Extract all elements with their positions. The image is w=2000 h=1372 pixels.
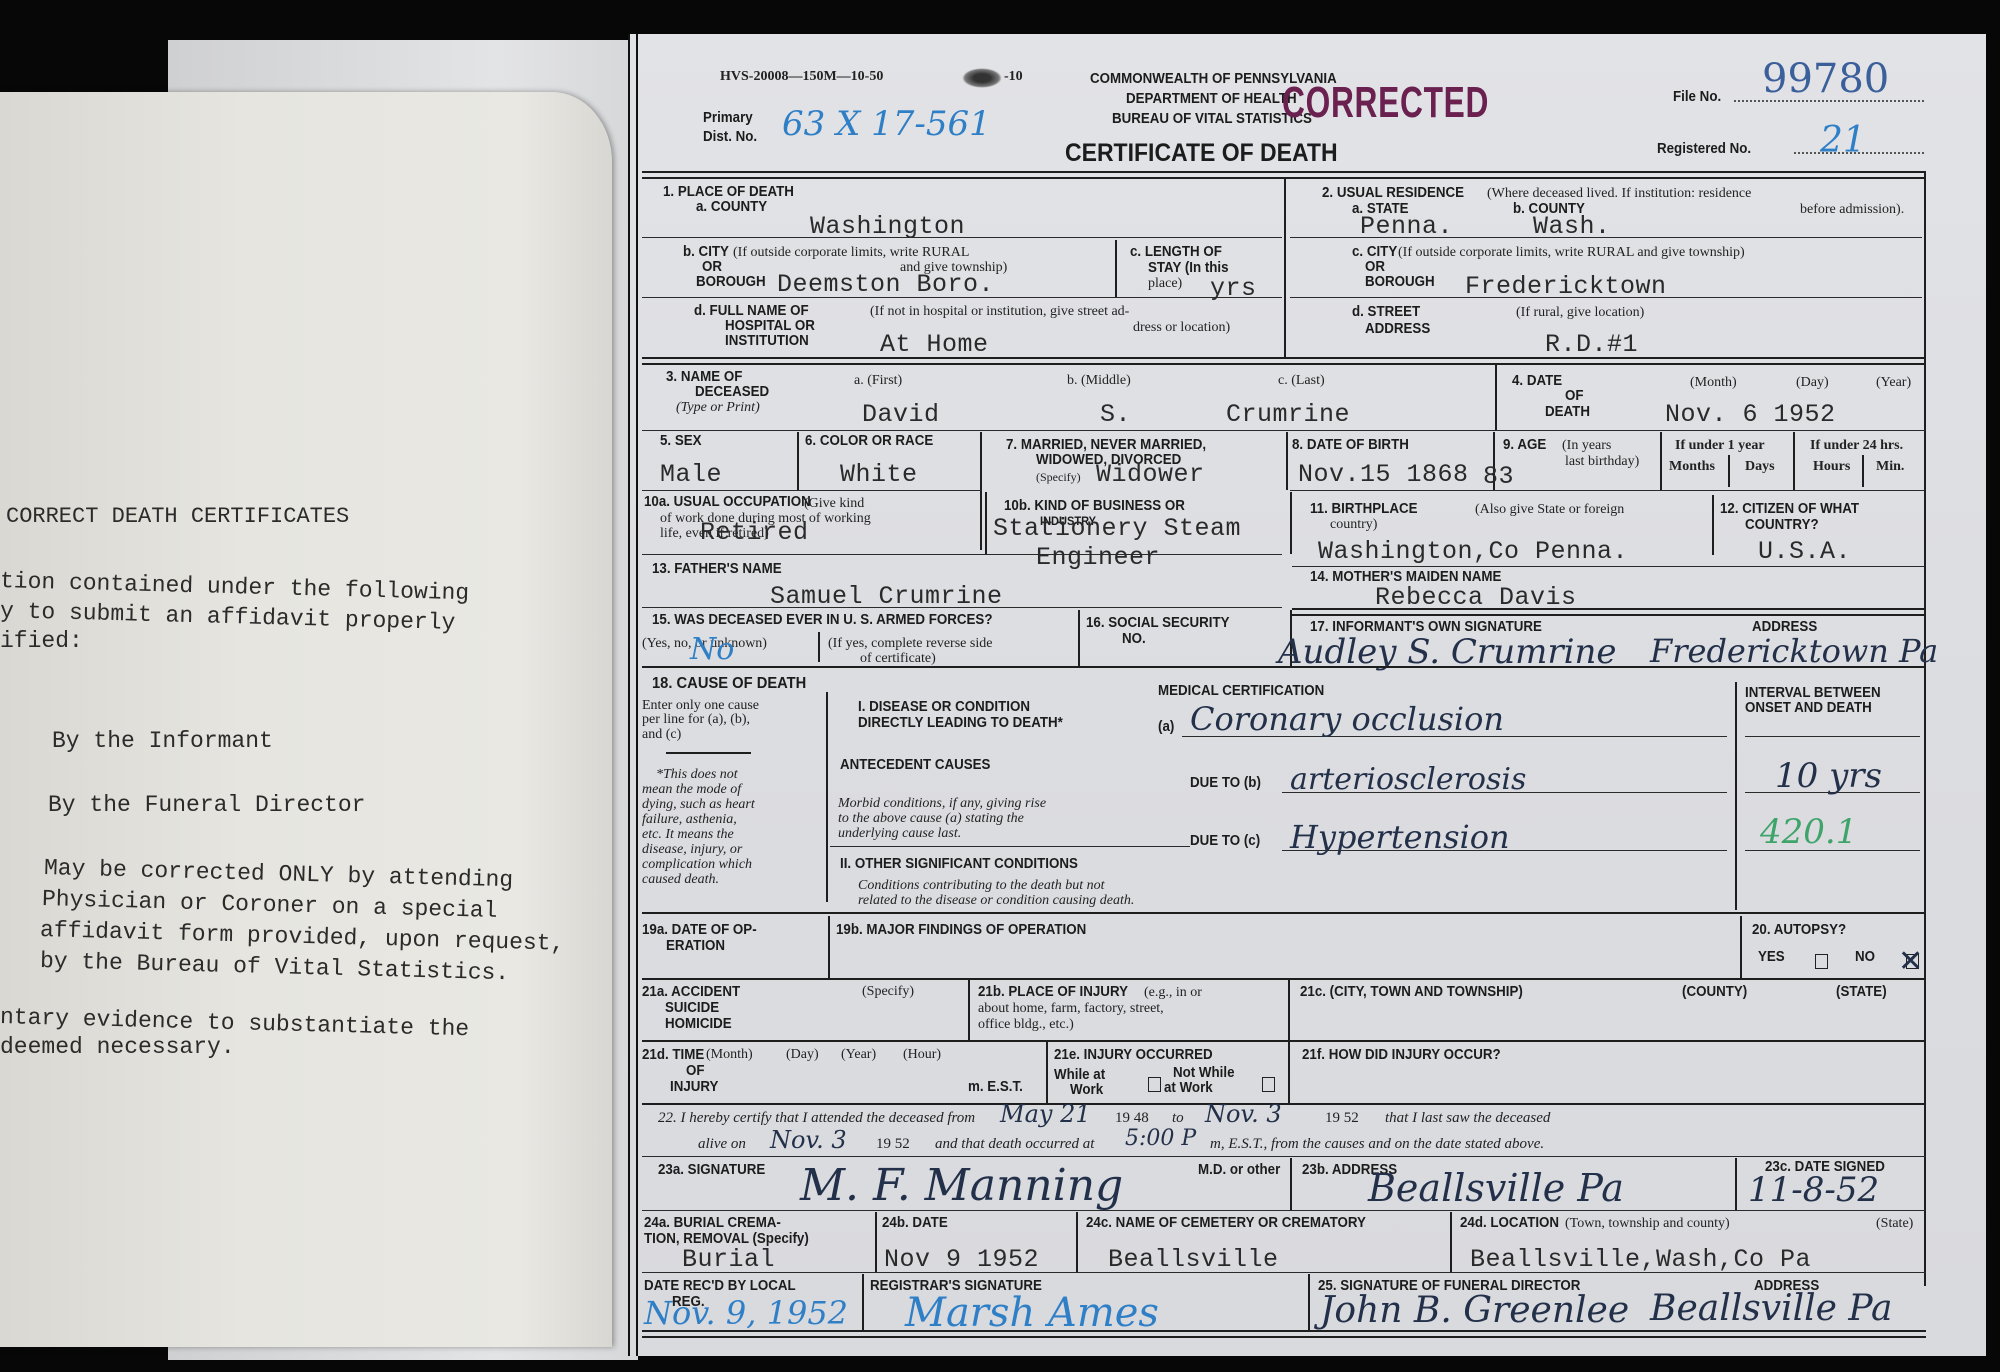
rule xyxy=(818,632,820,662)
s21d-hour: (Hour) xyxy=(903,1048,941,1062)
rule xyxy=(642,1272,1926,1273)
left-intro-line-3: ified: xyxy=(0,628,83,654)
primary-dist-value: 63 X 17-561 xyxy=(782,104,991,144)
s3-first-label: a. (First) xyxy=(854,374,902,388)
s25-fd-value: John B. Greenlee xyxy=(1320,1290,1629,1331)
s18-b-interval: 10 yrs xyxy=(1775,756,1882,796)
s21f-label: 21f. HOW DID INJURY OCCUR? xyxy=(1302,1048,1501,1063)
rule xyxy=(642,978,1926,980)
s18-a-value: Coronary occlusion xyxy=(1190,700,1504,738)
s11-value: Washington,Co Penna. xyxy=(1318,537,1628,566)
s22-to: to xyxy=(1172,1111,1184,1125)
rule xyxy=(1740,916,1742,978)
s9-min: Min. xyxy=(1876,460,1904,474)
union-label-icon xyxy=(962,68,1002,88)
left-item-informant: By the Informant xyxy=(52,728,273,754)
rule xyxy=(1288,1042,1290,1104)
s18-note-2-line-2: mean the mode of xyxy=(642,783,741,797)
s15-note-3: of certificate) xyxy=(860,652,936,666)
s2-street-label-1: d. STREET xyxy=(1352,305,1420,320)
s1-stay-label-1: c. LENGTH OF xyxy=(1130,245,1222,260)
s8-label: 8. DATE OF BIRTH xyxy=(1292,438,1409,453)
s2-city-note: (If outside corporate limits, write RURA… xyxy=(1398,246,1745,260)
file-no-label: File No. xyxy=(1673,90,1721,105)
s21c-label: 21c. (CITY, TOWN AND TOWNSHIP) xyxy=(1300,985,1523,1000)
s18-medical-cert: MEDICAL CERTIFICATION xyxy=(1158,684,1324,699)
s23a-signature: M. F. Manning xyxy=(800,1160,1123,1211)
s18-note-2-line-7: complication which xyxy=(642,858,752,872)
s13-label: 13. FATHER'S NAME xyxy=(652,562,782,577)
s5-value: Male xyxy=(660,460,722,489)
s18-note-1-line-3: and (c) xyxy=(642,728,681,742)
s24a-value: Burial xyxy=(682,1245,775,1274)
s3-label-1: 3. NAME OF xyxy=(666,370,742,385)
s3-last-label: c. (Last) xyxy=(1278,374,1325,388)
s22-alive-date: Nov. 3 xyxy=(770,1126,847,1154)
s23c-date: 11-8-52 xyxy=(1748,1170,1879,1210)
rule xyxy=(862,1274,864,1330)
s2-label: 2. USUAL RESIDENCE xyxy=(1322,186,1464,201)
s1-hosp-note-2: dress or location) xyxy=(1133,321,1230,335)
s18-note-2-line-8: caused death. xyxy=(642,873,719,887)
s18-part2-note-1: Conditions contributing to the death but… xyxy=(858,879,1105,893)
s18-note-2-line-1: *This does not xyxy=(656,768,738,782)
s18-due-c: DUE TO (c) xyxy=(1190,834,1260,849)
rule xyxy=(1284,179,1286,357)
rule xyxy=(830,846,1190,847)
s16-label-1: 16. SOCIAL SECURITY xyxy=(1086,616,1230,631)
s4-value: Nov. 6 1952 xyxy=(1665,400,1836,429)
s1-stay-label-3: place) xyxy=(1148,277,1182,291)
s18-note-2-line-3: dying, such as heart xyxy=(642,798,755,812)
s19a-label-2: ERATION xyxy=(666,939,725,954)
s11-note-2: country) xyxy=(1330,518,1377,532)
s25-rec-label-1: DATE REC'D BY LOCAL xyxy=(644,1279,796,1294)
s19a-label-1: 19a. DATE OF OP- xyxy=(642,923,757,938)
s10a-note-1: (Give kind xyxy=(804,497,864,511)
s11-label: 11. BIRTHPLACE xyxy=(1310,502,1417,517)
rule xyxy=(1308,1274,1310,1330)
rule xyxy=(1292,614,1924,616)
s21b-label: 21b. PLACE OF INJURY xyxy=(978,985,1128,1000)
s12-value: U.S.A. xyxy=(1758,537,1851,566)
s18-morbid-2: to the above cause (a) stating the xyxy=(838,812,1024,826)
border-line xyxy=(636,34,638,1356)
s15-label: 15. WAS DECEASED EVER IN U. S. ARMED FOR… xyxy=(652,613,992,628)
rule xyxy=(1115,240,1117,298)
s9-label: 9. AGE xyxy=(1503,438,1546,453)
s24b-value: Nov 9 1952 xyxy=(884,1245,1039,1274)
s3-first-value: David xyxy=(862,400,940,429)
s24b-label: 24b. DATE xyxy=(882,1216,948,1231)
s21e-notwhile-2: at Work xyxy=(1164,1081,1213,1096)
s18-c-code: 420.1 xyxy=(1760,812,1857,852)
rule xyxy=(642,297,1282,298)
s1-county-label: a. COUNTY xyxy=(696,200,767,215)
rule xyxy=(1292,566,1924,567)
s9-under-1yr: If under 1 year xyxy=(1675,439,1765,453)
s24a-label-1: 24a. BURIAL CREMA- xyxy=(644,1216,781,1231)
rule xyxy=(1745,736,1920,737)
rule xyxy=(1660,432,1662,490)
rule xyxy=(875,1212,877,1272)
s9-under-24: If under 24 hrs. xyxy=(1810,439,1903,453)
s22-to-year: 19 52 xyxy=(1325,1111,1359,1125)
s1-hosp-note-1: (If not in hospital or institution, give… xyxy=(870,305,1129,319)
rule xyxy=(1288,980,1290,1042)
s21e-label: 21e. INJURY OCCURRED xyxy=(1054,1048,1213,1063)
s10b-value-2: Engineer xyxy=(1036,543,1160,572)
s10a-value: Retired xyxy=(700,518,809,547)
primary-dist-label: Primary xyxy=(703,111,753,126)
file-no-value: 99780 xyxy=(1762,56,1889,102)
rule xyxy=(1495,365,1497,430)
s21e-while-checkbox[interactable] xyxy=(1148,1077,1161,1092)
s21c-county: (COUNTY) xyxy=(1682,985,1747,1000)
s18-part1-label-1: I. DISEASE OR CONDITION xyxy=(858,700,1030,715)
rule xyxy=(985,492,987,554)
s12-label-1: 12. CITIZEN OF WHAT xyxy=(1720,502,1859,517)
s3-label-2: DECEASED xyxy=(695,385,769,400)
s21e-while-2: Work xyxy=(1070,1083,1103,1098)
certificate-title: CERTIFICATE OF DEATH xyxy=(1065,140,1338,166)
s18-part2-note-2: related to the disease or condition caus… xyxy=(858,894,1134,908)
s24c-label: 24c. NAME OF CEMETERY OR CREMATORY xyxy=(1086,1216,1366,1231)
s18-note-2-line-6: disease, injury, or xyxy=(642,843,742,857)
s2-street-value: R.D.#1 xyxy=(1545,330,1638,359)
s2-city-borough: BOROUGH xyxy=(1365,275,1435,290)
s5-label: 5. SEX xyxy=(660,434,702,449)
s18-note-1-line-2: per line for (a), (b), xyxy=(642,713,750,727)
s21d-day: (Day) xyxy=(786,1048,819,1062)
primary-dist-label-2: Dist. No. xyxy=(703,130,757,145)
rule xyxy=(1290,1158,1292,1210)
s20-label: 20. AUTOPSY? xyxy=(1752,923,1846,938)
s18-morbid-1: Morbid conditions, if any, giving rise xyxy=(838,797,1046,811)
s21e-notwhile-1: Not While xyxy=(1173,1066,1235,1081)
rule xyxy=(1450,1212,1452,1272)
s4-label-3: DEATH xyxy=(1545,405,1590,420)
rule xyxy=(1793,432,1795,490)
s25-fd-address: Beallsville Pa xyxy=(1650,1288,1892,1329)
rule xyxy=(980,432,982,550)
s7-value: Widower xyxy=(1096,460,1205,489)
s19b-label: 19b. MAJOR FINDINGS OF OPERATION xyxy=(836,923,1086,938)
s24d-label: 24d. LOCATION xyxy=(1460,1216,1559,1231)
rule xyxy=(642,607,1282,608)
rule xyxy=(642,1330,1926,1332)
s1-stay-value: yrs xyxy=(1210,274,1257,303)
rule xyxy=(642,357,1926,359)
s20-no-check-mark-icon: ✕ xyxy=(1898,944,1923,979)
s6-value: White xyxy=(840,460,918,489)
s8-value: Nov.15 1868 xyxy=(1298,460,1469,489)
s21d-month: (Month) xyxy=(706,1048,753,1062)
s4-month-label: (Month) xyxy=(1690,376,1737,390)
rule xyxy=(1712,495,1714,555)
rule xyxy=(642,430,1926,431)
rule xyxy=(1728,455,1730,487)
s1-label: 1. PLACE OF DEATH xyxy=(663,185,794,200)
s9-note-2: last birthday) xyxy=(1565,455,1639,469)
union-suffix: -10 xyxy=(1004,70,1023,84)
s21c-state: (STATE) xyxy=(1836,985,1887,1000)
s18-b-value: arteriosclerosis xyxy=(1290,762,1526,797)
s3-label-3: (Type or Print) xyxy=(676,401,760,415)
s20-yes-checkbox[interactable] xyxy=(1815,954,1828,969)
s7-specify: (Specify) xyxy=(1036,470,1081,484)
left-footer-line-2: deemed necessary. xyxy=(0,1034,235,1060)
s7-label-1: 7. MARRIED, NEVER MARRIED, xyxy=(1006,438,1206,453)
s2-city-label: c. CITY xyxy=(1352,245,1397,260)
s21d-mest: m. E.S.T. xyxy=(968,1080,1023,1095)
s4-label-1: 4. DATE xyxy=(1512,374,1562,389)
rule xyxy=(642,1040,1926,1042)
s18-interval-label-2: ONSET AND DEATH xyxy=(1745,701,1872,716)
s24d-note: (Town, township and county) xyxy=(1565,1217,1730,1231)
s11-note: (Also give State or foreign xyxy=(1475,503,1624,517)
s18-note-1-line-1: Enter only one cause xyxy=(642,698,759,713)
s18-label: 18. CAUSE OF DEATH xyxy=(652,676,806,691)
s18-part2-label: II. OTHER SIGNIFICANT CONDITIONS xyxy=(840,857,1078,872)
s23b-address: Beallsville Pa xyxy=(1368,1166,1624,1210)
s1-hosp-label-1: d. FULL NAME OF xyxy=(694,304,809,319)
rule xyxy=(1290,297,1922,298)
s18-note-2-line-5: etc. It means the xyxy=(642,828,734,842)
s3-middle-label: b. (Middle) xyxy=(1067,374,1131,388)
s1-city-note-1: (If outside corporate limits, write RURA… xyxy=(733,246,969,260)
rule xyxy=(642,490,982,491)
rule xyxy=(642,912,1926,914)
s2-note-2: before admission). xyxy=(1800,203,1904,217)
rule xyxy=(1046,1042,1048,1104)
s21e-while-1: While at xyxy=(1054,1068,1105,1083)
rule xyxy=(642,237,1282,238)
s12-label-2: COUNTRY? xyxy=(1745,518,1819,533)
rule xyxy=(642,1210,1926,1211)
s23a-label: 23a. SIGNATURE xyxy=(658,1163,765,1178)
rule xyxy=(642,666,1926,668)
s21a-specify: (Specify) xyxy=(862,985,914,999)
left-item3-line-4: by the Bureau of Vital Statistics. xyxy=(40,948,510,986)
s1-city-borough: BOROUGH xyxy=(696,275,766,290)
s18-note-2-line-4: failure, asthenia, xyxy=(642,813,737,827)
s3-middle-value: S. xyxy=(1100,400,1131,429)
rule xyxy=(666,752,751,754)
s24c-value: Beallsville xyxy=(1108,1245,1279,1274)
s15-value: No xyxy=(690,632,734,667)
rule xyxy=(642,1103,1926,1105)
s21d-label-1: 21d. TIME xyxy=(642,1048,704,1063)
left-booklet-page: CORRECT DEATH CERTIFICATES tion containe… xyxy=(0,92,612,1347)
s10b-value-1: Stationery Steam xyxy=(993,514,1241,543)
s9-note-1: (In years xyxy=(1562,439,1611,453)
s22-text-3: alive on xyxy=(698,1137,746,1151)
s20-yes-label: YES xyxy=(1758,950,1785,965)
s21b-note-1: (e.g., in or xyxy=(1144,986,1202,1000)
corrected-stamp: CORRECTED xyxy=(1282,78,1489,128)
s1-city-label: b. CITY xyxy=(683,245,729,260)
rule xyxy=(1735,682,1737,910)
rule xyxy=(642,1156,1926,1157)
s22-from-year: 19 48 xyxy=(1115,1111,1149,1125)
s22-text-4: and that death occurred at xyxy=(935,1137,1094,1151)
s3-last-value: Crumrine xyxy=(1226,400,1350,429)
s9-days: Days xyxy=(1745,460,1775,474)
border-line xyxy=(628,34,630,1356)
s1-hosp-value: At Home xyxy=(880,330,989,359)
s22-text-5: m, E.S.T., from the causes and on the da… xyxy=(1210,1137,1544,1151)
s24d-value: Beallsville,Wash,Co Pa xyxy=(1470,1245,1811,1274)
s9-months: Months xyxy=(1669,460,1715,474)
registered-no-label: Registered No. xyxy=(1657,142,1751,157)
s21d-label-3: INJURY xyxy=(670,1080,718,1095)
s21d-label-2: OF xyxy=(686,1064,705,1079)
s18-c-value: Hypertension xyxy=(1290,818,1510,856)
s18-due-b: DUE TO (b) xyxy=(1190,776,1261,791)
s1-city-or: OR xyxy=(702,260,722,275)
s1-city-value: Deemston Boro. xyxy=(777,270,994,299)
rule xyxy=(1735,1158,1737,1210)
s25-rec-value: Nov. 9, 1952 xyxy=(644,1294,848,1332)
s23a-md-label: M.D. or other xyxy=(1198,1163,1280,1178)
s21a-label-1: 21a. ACCIDENT xyxy=(642,985,740,1000)
s2-street-label-2: ADDRESS xyxy=(1365,322,1430,337)
s1-hosp-label-3: INSTITUTION xyxy=(725,334,809,349)
rule xyxy=(1290,490,1924,491)
s2-city-or: OR xyxy=(1365,260,1385,275)
s22-text-2: that I last saw the deceased xyxy=(1385,1111,1550,1125)
rule xyxy=(797,432,799,490)
rule xyxy=(1078,610,1080,666)
s6-label: 6. COLOR OR RACE xyxy=(805,434,933,449)
s22-alive-year: 19 52 xyxy=(876,1137,910,1151)
form-code: HVS-20008—150M—10-50 xyxy=(720,70,883,84)
s15-note-2: (If yes, complete reverse side xyxy=(828,637,992,651)
s16-label-2: NO. xyxy=(1122,632,1146,647)
s9-hours: Hours xyxy=(1813,460,1850,474)
rule xyxy=(1290,492,1292,554)
s22-to-date: Nov. 3 xyxy=(1205,1100,1282,1128)
rule xyxy=(642,171,1926,173)
s18-morbid-3: underlying cause last. xyxy=(838,827,961,841)
s21d-year: (Year) xyxy=(841,1048,876,1062)
s20-no-label: NO xyxy=(1855,950,1875,965)
registered-no-value: 21 xyxy=(1820,120,1866,161)
form-right-border xyxy=(1924,171,1926,1286)
s21a-label-2: SUICIDE xyxy=(665,1001,719,1016)
s9-value: 83 xyxy=(1483,462,1514,491)
s10a-label: 10a. USUAL OCCUPATION xyxy=(644,495,811,510)
rule xyxy=(968,980,970,1042)
s2-note-1: (Where deceased lived. If institution: r… xyxy=(1487,187,1751,201)
s1-hosp-label-2: HOSPITAL OR xyxy=(725,319,815,334)
s10b-label: 10b. KIND OF BUSINESS OR xyxy=(1004,499,1185,514)
s2-street-note: (If rural, give location) xyxy=(1516,306,1644,320)
left-item-funeral-director: By the Funeral Director xyxy=(48,792,365,818)
rule xyxy=(1290,237,1922,238)
s4-label-2: OF xyxy=(1565,389,1584,404)
s4-day-label: (Day) xyxy=(1796,376,1829,390)
s24d-state: (State) xyxy=(1876,1217,1913,1231)
s21b-note-2: about home, farm, factory, street, xyxy=(978,1002,1164,1016)
rule xyxy=(642,363,1926,365)
s22-from-date: May 21 xyxy=(1000,1100,1091,1128)
rule xyxy=(826,692,828,902)
s4-year-label: (Year) xyxy=(1876,376,1911,390)
s22-text-1: 22. I hereby certify that I attended the… xyxy=(658,1111,975,1125)
rule xyxy=(642,1336,1926,1338)
s21b-note-3: office bldg., etc.) xyxy=(978,1018,1074,1032)
s17-address-value: Fredericktown Pa xyxy=(1650,632,1938,670)
agency-line-2: DEPARTMENT OF HEALTH xyxy=(1126,92,1297,107)
s18-antecedent: ANTECEDENT CAUSES xyxy=(840,758,990,773)
rule xyxy=(828,916,830,978)
s18-a-tag: (a) xyxy=(1158,720,1174,735)
s22-death-time: 5:00 P xyxy=(1125,1126,1196,1151)
left-page-heading: CORRECT DEATH CERTIFICATES xyxy=(6,504,349,529)
s18-part1-label-2: DIRECTLY LEADING TO DEATH* xyxy=(858,716,1063,731)
rule xyxy=(1862,455,1864,487)
rule xyxy=(642,554,1282,555)
rule xyxy=(1286,432,1288,490)
s21a-label-3: HOMICIDE xyxy=(665,1017,732,1032)
s18-interval-label-1: INTERVAL BETWEEN xyxy=(1745,686,1881,701)
rule xyxy=(1076,1212,1078,1272)
s21e-notwhile-checkbox[interactable] xyxy=(1262,1077,1275,1092)
rule xyxy=(1292,608,1924,610)
